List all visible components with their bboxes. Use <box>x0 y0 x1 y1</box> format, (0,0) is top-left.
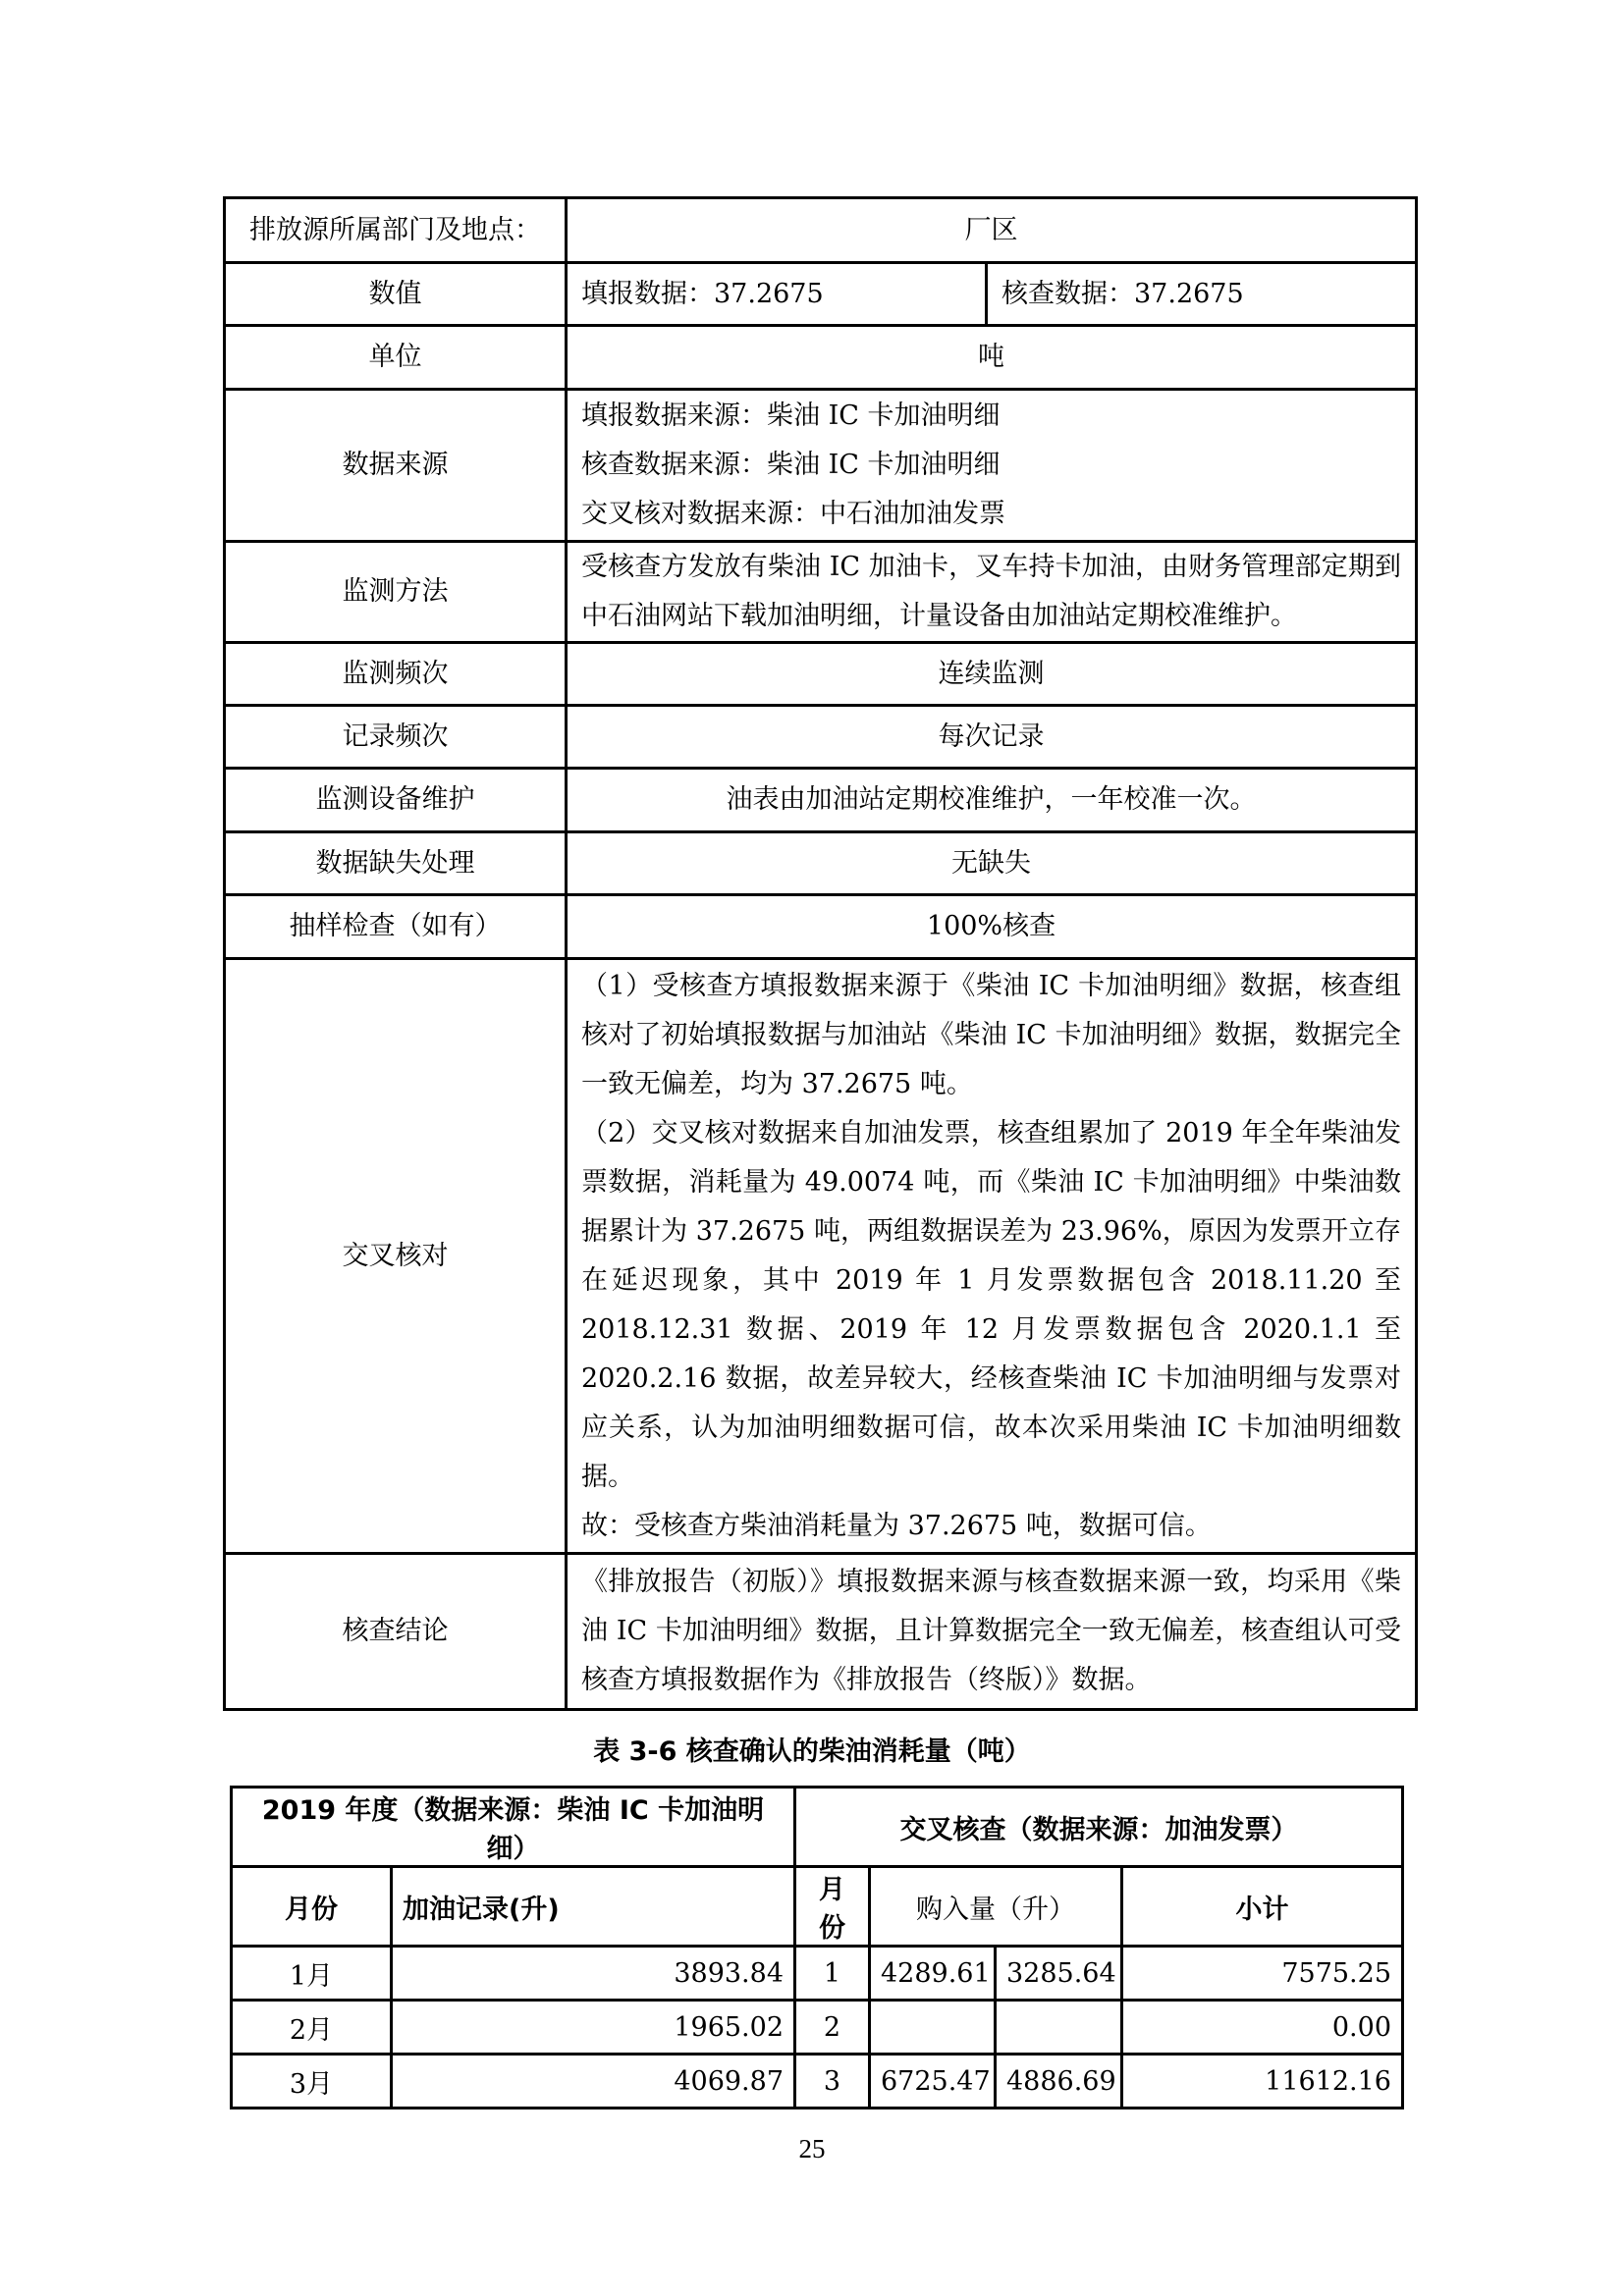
table-row: 抽样检查（如有） 100%核查 <box>225 895 1417 959</box>
purchase-cell <box>870 2001 996 2055</box>
purchase-cell: 4289.61 <box>870 1947 996 2001</box>
refuel-cell: 4069.87 <box>392 2055 795 2109</box>
row-value: 无缺失 <box>567 832 1417 895</box>
invoice-month-cell: 2 <box>795 2001 870 2055</box>
invoice-month-cell: 1 <box>795 1947 870 2001</box>
table-row: 数值 填报数据：37.2675 核查数据：37.2675 <box>225 263 1417 326</box>
refuel-cell: 3893.84 <box>392 1947 795 2001</box>
purchase-cell: 3285.64 <box>996 1947 1122 2001</box>
row-value: 每次记录 <box>567 706 1417 769</box>
row-label: 单位 <box>225 326 567 390</box>
row-label: 排放源所属部门及地点： <box>225 198 567 263</box>
table-row: 记录频次 每次记录 <box>225 706 1417 769</box>
table-row: 3月 4069.87 3 6725.47 4886.69 11612.16 <box>232 2055 1403 2109</box>
table-row: 单位 吨 <box>225 326 1417 390</box>
col-header-invoice-month: 月份 <box>795 1867 870 1947</box>
month-cell: 1月 <box>232 1947 392 2001</box>
col-header-purchase: 购入量（升） <box>870 1867 1122 1947</box>
row-value: 《排放报告（初版）》填报数据来源与核查数据来源一致，均采用《柴油 IC 卡加油明… <box>567 1554 1417 1710</box>
table-caption: 表 3-6 核查确认的柴油消耗量（吨） <box>0 1730 1624 1768</box>
row-value: 油表由加油站定期校准维护，一年校准一次。 <box>567 769 1417 832</box>
data-source-line: 交叉核对数据来源：中石油加油发票 <box>581 490 1401 539</box>
reported-value: 填报数据：37.2675 <box>567 263 987 326</box>
table-row: 2月 1965.02 2 0.00 <box>232 2001 1403 2055</box>
row-value: 连续监测 <box>567 643 1417 706</box>
table-row: 监测方法 受核查方发放有柴油 IC 加油卡，叉车持卡加油，由财务管理部定期到中石… <box>225 542 1417 643</box>
subtotal-cell: 0.00 <box>1122 2001 1403 2055</box>
month-cell: 2月 <box>232 2001 392 2055</box>
group-header-ic-card: 2019 年度（数据来源：柴油 IC 卡加油明细） <box>232 1788 795 1867</box>
table-row: 监测设备维护 油表由加油站定期校准维护，一年校准一次。 <box>225 769 1417 832</box>
row-label: 数值 <box>225 263 567 326</box>
table-row: 数据来源 填报数据来源：柴油 IC 卡加油明细 核查数据来源：柴油 IC 卡加油… <box>225 390 1417 542</box>
cross-check-text: （1）受核查方填报数据来源于《柴油 IC 卡加油明细》数据，核查组核对了初始填报… <box>567 959 1417 1554</box>
col-header-month: 月份 <box>232 1867 392 1947</box>
subtotal-cell: 11612.16 <box>1122 2055 1403 2109</box>
row-value: 100%核查 <box>567 895 1417 959</box>
row-value: 受核查方发放有柴油 IC 加油卡，叉车持卡加油，由财务管理部定期到中石油网站下载… <box>567 542 1417 643</box>
row-label: 抽样检查（如有） <box>225 895 567 959</box>
row-value: 厂区 <box>567 198 1417 263</box>
invoice-month-cell: 3 <box>795 2055 870 2109</box>
purchase-cell: 4886.69 <box>996 2055 1122 2109</box>
data-source-line: 核查数据来源：柴油 IC 卡加油明细 <box>581 441 1401 490</box>
purchase-cell <box>996 2001 1122 2055</box>
table-row: 交叉核对 （1）受核查方填报数据来源于《柴油 IC 卡加油明细》数据，核查组核对… <box>225 959 1417 1554</box>
cross-check-paragraph: （1）受核查方填报数据来源于《柴油 IC 卡加油明细》数据，核查组核对了初始填报… <box>581 962 1401 1109</box>
row-label: 数据缺失处理 <box>225 832 567 895</box>
group-header-row: 2019 年度（数据来源：柴油 IC 卡加油明细） 交叉核查（数据来源：加油发票… <box>232 1788 1403 1867</box>
row-label: 核查结论 <box>225 1554 567 1710</box>
verified-value: 核查数据：37.2675 <box>987 263 1417 326</box>
table-row: 核查结论 《排放报告（初版）》填报数据来源与核查数据来源一致，均采用《柴油 IC… <box>225 1554 1417 1710</box>
row-label: 监测频次 <box>225 643 567 706</box>
page-number: 25 <box>0 2134 1624 2164</box>
diesel-consumption-table: 2019 年度（数据来源：柴油 IC 卡加油明细） 交叉核查（数据来源：加油发票… <box>230 1786 1404 2109</box>
row-label: 交叉核对 <box>225 959 567 1554</box>
month-cell: 3月 <box>232 2055 392 2109</box>
row-label: 记录频次 <box>225 706 567 769</box>
col-header-subtotal: 小计 <box>1122 1867 1403 1947</box>
column-header-row: 月份 加油记录(升) 月份 购入量（升） 小计 <box>232 1867 1403 1947</box>
cross-check-conclusion: 故：受核查方柴油消耗量为 37.2675 吨，数据可信。 <box>581 1502 1401 1551</box>
row-label: 监测设备维护 <box>225 769 567 832</box>
cross-check-paragraph: （2）交叉核对数据来自加油发票，核查组累加了 2019 年全年柴油发票数据，消耗… <box>581 1109 1401 1502</box>
table-row: 数据缺失处理 无缺失 <box>225 832 1417 895</box>
refuel-cell: 1965.02 <box>392 2001 795 2055</box>
table-row: 1月 3893.84 1 4289.61 3285.64 7575.25 <box>232 1947 1403 2001</box>
row-value: 吨 <box>567 326 1417 390</box>
data-source-line: 填报数据来源：柴油 IC 卡加油明细 <box>581 392 1401 441</box>
row-label: 数据来源 <box>225 390 567 542</box>
row-label: 监测方法 <box>225 542 567 643</box>
group-header-invoice: 交叉核查（数据来源：加油发票） <box>795 1788 1403 1867</box>
table-row: 监测频次 连续监测 <box>225 643 1417 706</box>
subtotal-cell: 7575.25 <box>1122 1947 1403 2001</box>
data-source-lines: 填报数据来源：柴油 IC 卡加油明细 核查数据来源：柴油 IC 卡加油明细 交叉… <box>567 390 1417 542</box>
col-header-refuel-record: 加油记录(升) <box>392 1867 795 1947</box>
table-row: 排放源所属部门及地点： 厂区 <box>225 198 1417 263</box>
purchase-cell: 6725.47 <box>870 2055 996 2109</box>
emission-source-table: 排放源所属部门及地点： 厂区 数值 填报数据：37.2675 核查数据：37.2… <box>223 196 1418 1711</box>
